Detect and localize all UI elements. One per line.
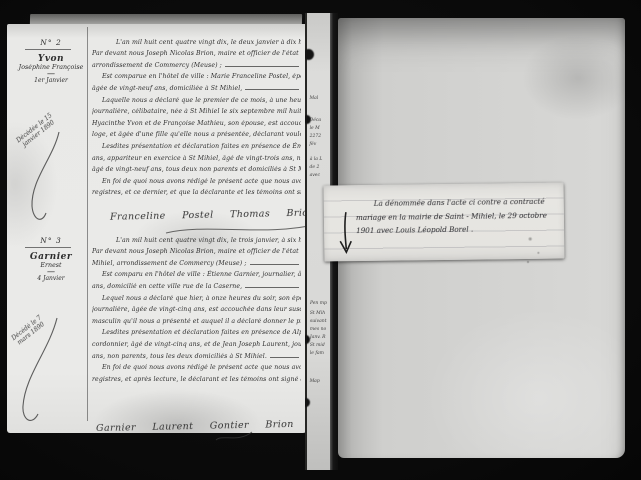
- act-surname: Garnier: [17, 252, 85, 262]
- act-line-text: âgé de vingt-neuf ans, tous deux non par…: [92, 166, 301, 173]
- gutter-fragment: fév: [309, 141, 316, 147]
- act-line: Par devant nous Joseph Nicolas Brion, ma…: [92, 244, 301, 256]
- birth-act-2: L'an mil huit cent quatre vingt dix, le …: [92, 232, 301, 383]
- act-line-text: Lequel nous a déclaré que hier, à onze h…: [102, 295, 301, 302]
- act-line-text: L'an mil huit cent quatre vingt dix, le …: [116, 39, 301, 46]
- line-fill-rule: [250, 264, 299, 265]
- act-line-text: Lesdites présentation et déclaration fai…: [102, 329, 301, 336]
- act-line-text: Par devant nous Joseph Nicolas Brion, ma…: [92, 248, 301, 255]
- act-line-text: Mihiel, arrondissement de Commercy (Meus…: [92, 260, 247, 267]
- act-line: ans, domicilié en cette ville rue de la …: [92, 278, 301, 290]
- down-arrow-annotation: [338, 211, 355, 259]
- gutter-fragment: 2272: [310, 133, 321, 139]
- gutter-fragment: de 2: [310, 164, 320, 170]
- act-line: masculin qu'il nous a présenté et auquel…: [92, 313, 301, 325]
- margin-divider-rule: [87, 27, 88, 421]
- line-fill-rule: [245, 89, 299, 90]
- act-line: âgée de vingt-neuf ans, domiciliée à St …: [92, 80, 301, 92]
- act-line-text: Est comparue en l'hôtel de ville : Marie…: [102, 73, 301, 80]
- act-line-text: ans, non parents, tous les deux domicili…: [92, 353, 267, 360]
- act-line: Hyacinthe Yvon et de Françoise Mathieu, …: [92, 115, 301, 127]
- margin-rule: [25, 247, 71, 248]
- line-fill-rule: [245, 287, 299, 288]
- act-line: Lesdites présentation et déclaration fai…: [92, 325, 301, 337]
- act-line-text: registres, et après lecture, le déclaran…: [92, 376, 301, 383]
- act-line-text: L'an mil huit cent quatre vingt dix, le …: [116, 237, 301, 244]
- gutter-fragment: Janv. R: [310, 334, 326, 340]
- act-date: 1er Janvier: [17, 77, 85, 84]
- gutter-fragment: avec: [310, 172, 320, 178]
- act-line-text: En foi de quoi nous avons rédigé le prés…: [102, 364, 301, 371]
- line-fill-rule: [225, 66, 299, 67]
- gutter-fragment: Déca: [310, 117, 321, 123]
- marginal-mention-slip: La dénommée dans l'acte ci contre a cont…: [324, 183, 565, 262]
- act-line: registres, et après lecture, le déclaran…: [92, 371, 301, 383]
- gutter-fragment: Pen mp: [310, 300, 327, 306]
- act-line: ans, non parents, tous les deux domicili…: [92, 348, 301, 360]
- act-line: Est comparue en l'hôtel de ville : Marie…: [92, 69, 301, 81]
- line-fill-rule: [270, 357, 299, 358]
- gutter-fragment: le fam: [310, 350, 324, 356]
- act-number: N° 3: [17, 236, 85, 245]
- act-line-text: journalière, âgée de vingt-cinq ans, est…: [92, 306, 301, 313]
- act-line: Lesdites présentation et déclaration fai…: [92, 138, 301, 150]
- act-line-text: Par devant nous Joseph Nicolas Brion, ma…: [92, 50, 301, 57]
- left-page: N° 2 Yvon Joséphine Françoise — 1er Janv…: [7, 24, 307, 433]
- act-line: loge, et âgée d'une fille qu'elle nous a…: [92, 127, 301, 139]
- act-line: L'an mil huit cent quatre vingt dix, le …: [92, 232, 301, 244]
- birth-act-1: L'an mil huit cent quatre vingt dix, le …: [92, 34, 301, 196]
- act-line-text: ans, appariteur en exercice à St Mihiel,…: [92, 155, 301, 162]
- slip-line: 1901 avec Louis Léopold Borel .: [356, 222, 556, 238]
- gutter-fragment: Mal: [309, 95, 318, 101]
- act-line-text: ans, domicilié en cette ville rue de la …: [92, 283, 242, 290]
- margin-flourish-act2: [15, 314, 63, 429]
- act-line: Lequel nous a déclaré que hier, à onze h…: [92, 290, 301, 302]
- act-line-text: journalière, célibataire, née à St Mihie…: [92, 108, 301, 115]
- act-line-text: cordonnier, âgé de vingt-cinq ans, et de…: [92, 341, 301, 348]
- act-line-text: Est comparu en l'hôtel de ville : Étienn…: [102, 271, 301, 278]
- gutter-fragment: le M: [310, 125, 320, 131]
- act-line-text: registres, et ce dernier, et que la décl…: [92, 189, 301, 196]
- act-line-text: Laquelle nous a déclaré que le premier d…: [102, 97, 301, 104]
- act-line-text: En foi de quoi nous avons rédigé le prés…: [102, 178, 301, 185]
- act-line-text: âgée de vingt-neuf ans, domiciliée à St …: [92, 85, 242, 92]
- gutter-fragment: suivant: [310, 318, 327, 324]
- act-line: En foi de quoi nous avons rédigé le prés…: [92, 360, 301, 372]
- gutter-fragment: mes no: [310, 326, 326, 332]
- act-line: journalière, âgée de vingt-cinq ans, est…: [92, 302, 301, 314]
- scanned-register-spread: N° 2 Yvon Joséphine Françoise — 1er Janv…: [0, 0, 641, 480]
- act-line: ans, appariteur en exercice à St Mihiel,…: [92, 150, 301, 162]
- act-line: En foi de quoi nous avons rédigé le prés…: [92, 173, 301, 185]
- act-number: N° 2: [17, 38, 85, 47]
- margin-rule: [25, 49, 71, 50]
- gutter-fragment: à la L: [310, 156, 323, 162]
- act-date: 4 Janvier: [17, 275, 85, 282]
- margin-entry-act2: N° 3 Garnier Ernest — 4 Janvier: [17, 236, 85, 282]
- act-line: âgé de vingt-neuf ans, tous deux non par…: [92, 162, 301, 174]
- gutter-fragment: St Mih: [310, 310, 325, 316]
- act-surname: Yvon: [17, 54, 85, 64]
- slip-text-block: La dénommée dans l'acte ci contre a cont…: [356, 195, 556, 238]
- act-line-text: Hyacinthe Yvon et de Françoise Mathieu, …: [92, 120, 301, 127]
- act-line-text: arrondissement de Commercy (Meuse) ;: [92, 62, 222, 69]
- act-line: arrondissement de Commercy (Meuse) ;: [92, 57, 301, 69]
- act-line: Par devant nous Joseph Nicolas Brion, ma…: [92, 46, 301, 58]
- gutter-fragment: St mid: [310, 342, 325, 348]
- act-line-text: loge, et âgée d'une fille qu'elle nous a…: [92, 131, 301, 138]
- act-line: Mihiel, arrondissement de Commercy (Meus…: [92, 255, 301, 267]
- gutter-fragment: Map: [310, 378, 320, 384]
- act-line: journalière, célibataire, née à St Mihie…: [92, 104, 301, 116]
- act-line-text: Lesdites présentation et déclaration fai…: [102, 143, 301, 150]
- act-line: Laquelle nous a déclaré que le premier d…: [92, 92, 301, 104]
- act-line: Est comparu en l'hôtel de ville : Étienn…: [92, 267, 301, 279]
- margin-flourish-act1: [21, 128, 65, 228]
- act-line: registres, et ce dernier, et que la décl…: [92, 185, 301, 197]
- act-line: cordonnier, âgé de vingt-cinq ans, et de…: [92, 336, 301, 348]
- margin-entry-act1: N° 2 Yvon Joséphine Françoise — 1er Janv…: [17, 38, 85, 84]
- act-line-text: masculin qu'il nous a présenté et auquel…: [92, 318, 301, 325]
- act-line: L'an mil huit cent quatre vingt dix, le …: [92, 34, 301, 46]
- signature-flourish: [212, 430, 256, 444]
